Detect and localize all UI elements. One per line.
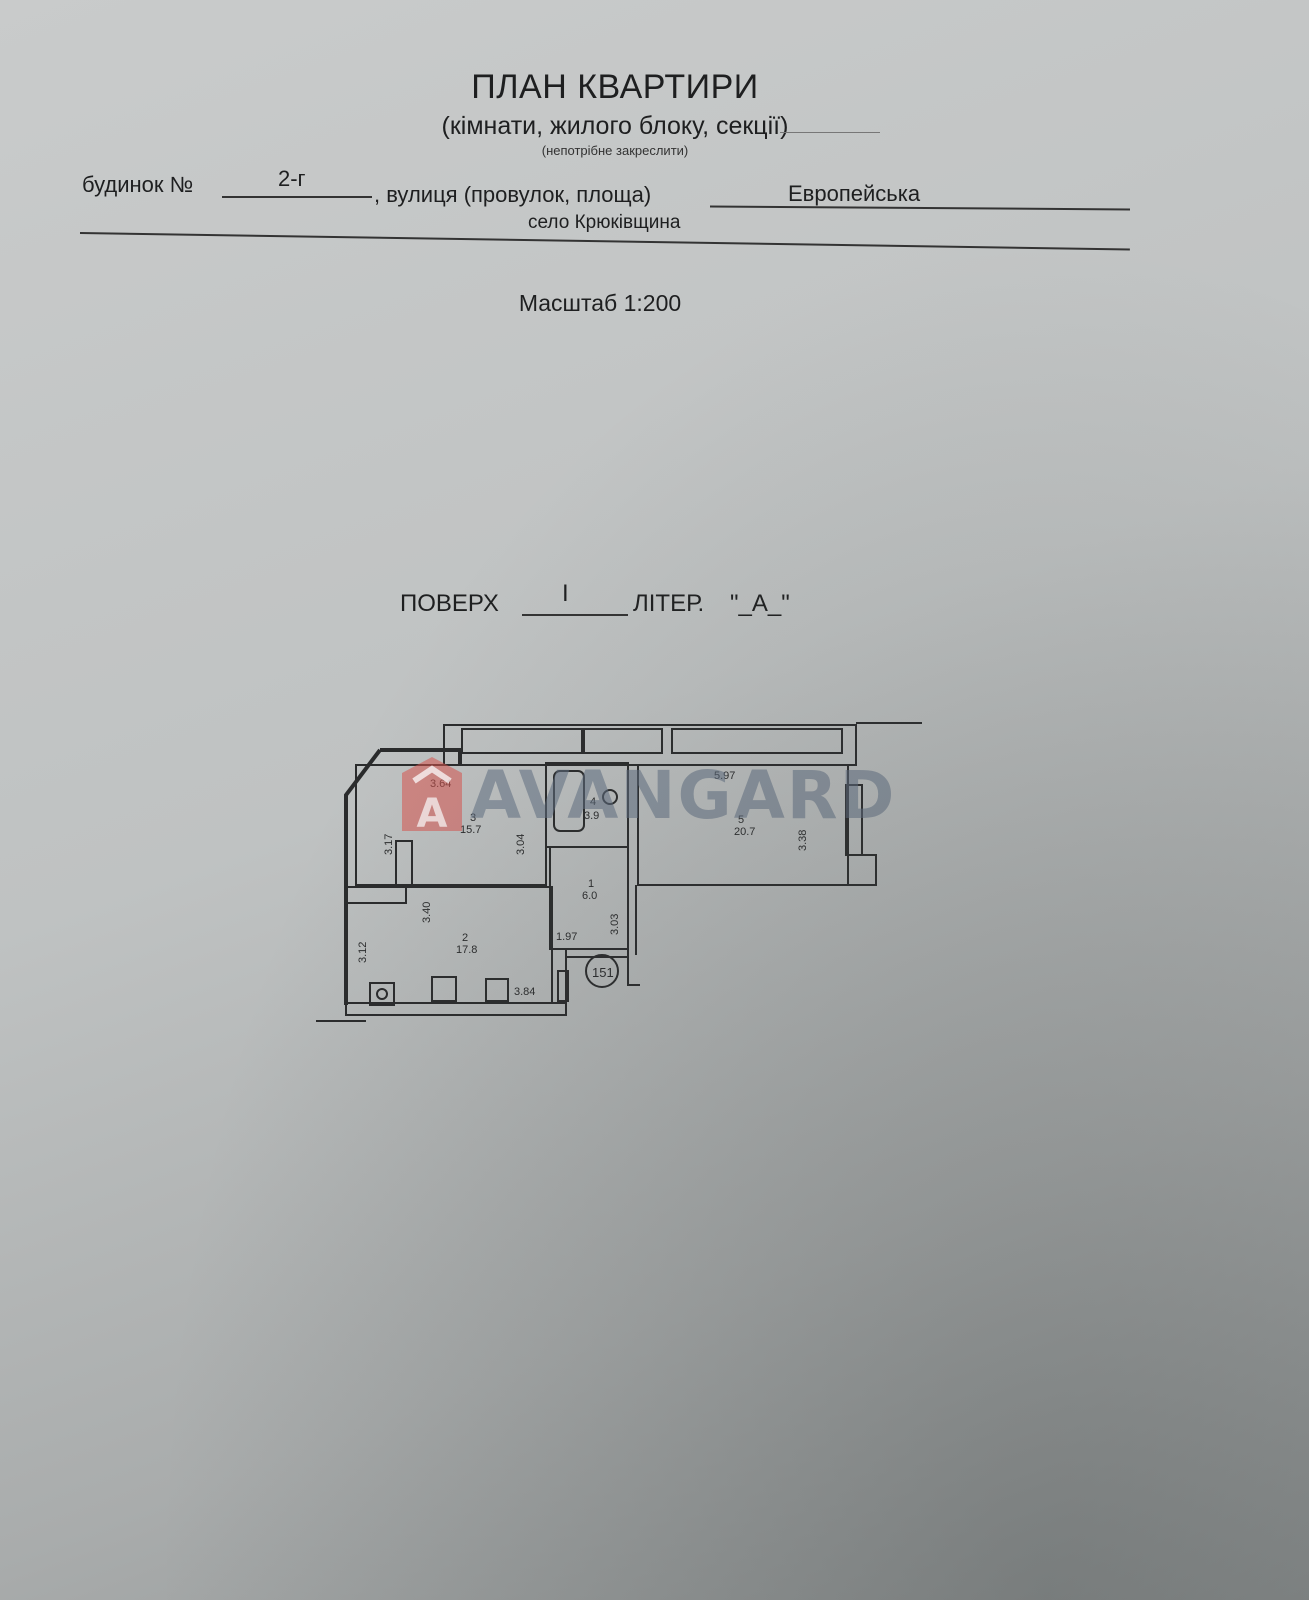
document-note: (непотрібне закреслити): [0, 143, 1230, 158]
svg-text:1.97: 1.97: [556, 931, 577, 943]
strike-line: [780, 132, 880, 133]
svg-text:2: 2: [462, 932, 468, 944]
house-label: будинок №: [82, 172, 193, 198]
scale-label: Масштаб 1:200: [0, 290, 1200, 317]
svg-text:3.04: 3.04: [515, 834, 527, 855]
floor-value: I: [562, 580, 569, 608]
floor-underline: [522, 614, 628, 616]
watermark: A AVANGARD: [400, 755, 896, 835]
svg-text:1: 1: [588, 878, 594, 890]
svg-text:3.17: 3.17: [383, 834, 395, 855]
street-label: , вулиця (провулок, площа): [374, 182, 651, 208]
letter-value: "_А_": [730, 590, 790, 618]
svg-text:3.84: 3.84: [514, 986, 535, 998]
floor-label: ПОВЕРХ: [400, 590, 499, 618]
house-number: 2-г: [278, 166, 306, 192]
svg-text:3.40: 3.40: [421, 902, 433, 923]
svg-text:151: 151: [592, 965, 614, 980]
svg-text:3.12: 3.12: [357, 942, 369, 963]
street-value: Европейська: [788, 181, 920, 207]
document-subtitle: (кімнати, жилого блоку, секції): [0, 112, 1230, 141]
locality-underline: [80, 232, 1130, 250]
letter-label: ЛІТЕР.: [633, 590, 704, 618]
svg-text:17.8: 17.8: [456, 944, 477, 956]
svg-text:6.0: 6.0: [582, 890, 597, 902]
svg-text:3.03: 3.03: [609, 914, 621, 935]
svg-text:A: A: [417, 791, 448, 835]
locality: село Крюківщина: [528, 212, 680, 234]
watermark-text: AVANGARD: [470, 757, 896, 834]
avangard-logo-icon: A: [400, 755, 464, 835]
house-underline: [222, 196, 372, 198]
document-title: ПЛАН КВАРТИРИ: [0, 68, 1230, 107]
